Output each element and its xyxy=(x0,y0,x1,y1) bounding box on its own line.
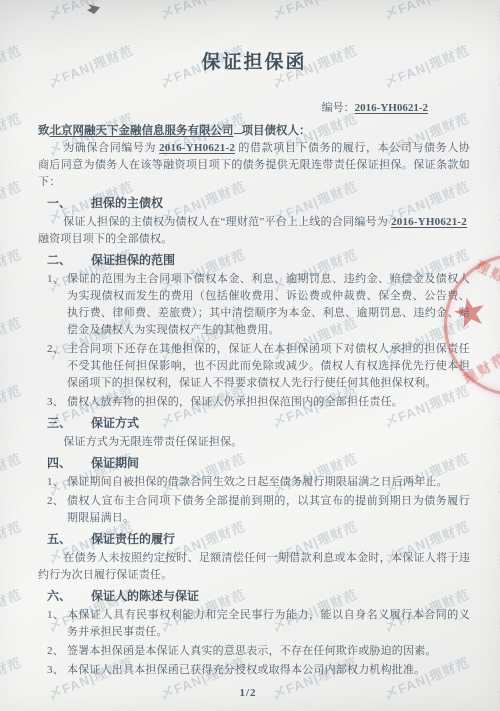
clause-text: 债权人放弃物的担保的，保证人仍承担担保范围内的全部担任责任。 xyxy=(67,394,470,411)
clause-number: 2、 xyxy=(47,341,67,392)
clause-text: 保证期间自被担保的借款合同生效之日起至债务履行期限届满之日后两年止。 xyxy=(67,474,470,491)
section-3-heading: 三、保证方式 xyxy=(38,416,470,431)
recipient-line: 致北京网融天下金融信息服务有限公司项目债权人： xyxy=(38,122,470,140)
clause-item: 3、 债权人放弃物的担保的，保证人仍承担担保范围内的全部担任责任。 xyxy=(38,394,470,411)
section-6-number: 六、 xyxy=(47,589,71,604)
section-1-title: 担保的主债权 xyxy=(91,196,163,210)
recipient-company: 北京网融天下金融信息服务有限公司 xyxy=(50,125,234,137)
number-value: 2016-YH0621-2 xyxy=(355,102,428,114)
section-1-number: 一、 xyxy=(47,196,71,211)
contract-number-inline: 2016-YH0621-2 xyxy=(159,142,235,154)
section-1-heading: 一、担保的主债权 xyxy=(38,196,470,211)
section-5-paragraph: 在债务人未按照约定按时、足额清偿任何一期借款利息或本金时，本保证人将于违约行为次… xyxy=(38,550,470,584)
section-1: 一、担保的主债权 保证人担保的主债权为债权人在“理财范”平台上上线的合同编号为2… xyxy=(38,196,470,248)
section-5: 五、保证责任的履行 在债务人未按照约定按时、足额清偿任何一期借款利息或本金时，本… xyxy=(38,532,470,584)
clause-text: 债权人宣布主合同项下债务全部提前到期的，以其宣布的提前到期日为债务履行期限届满日… xyxy=(67,493,470,527)
section-4-title: 保证期间 xyxy=(91,456,139,470)
recipient-suffix: 项目债权人： xyxy=(242,125,311,137)
clause-item: 1、 保证的范围为主合同项下债权本金、利息、逾期罚息、违约金、赔偿金及债权人为实… xyxy=(38,271,470,339)
section-1-text-after: 融资项目项下的全部债权。 xyxy=(38,233,172,245)
section-3-number: 三、 xyxy=(47,416,71,431)
section-4-number: 四、 xyxy=(47,456,71,471)
document-title: 保证担保函 xyxy=(38,50,470,76)
clause-item: 3、 本保证人出具本担保函已获得充分授权或取得本公司内部权力机构批准。 xyxy=(38,662,470,679)
clause-item: 2、 主合同项下还存在其他担保的，保证人在本担保函项下对债权人承担的担保责任不受… xyxy=(38,341,470,392)
intro-text-before: 为确保合同编号为 xyxy=(63,142,156,154)
clause-number: 3、 xyxy=(47,662,67,679)
clause-item: 1、 保证期间自被担保的借款合同生效之日起至债务履行期限届满之日后两年止。 xyxy=(38,474,470,491)
section-2-heading: 二、保证担保的范围 xyxy=(38,253,470,268)
section-3-paragraph: 保证方式为无限连带责任保证担保。 xyxy=(38,434,470,451)
clause-text: 保证的范围为主合同项下债权本金、利息、逾期罚息、违约金、赔偿金及债权人为实现债权… xyxy=(67,271,470,339)
section-3: 三、保证方式 保证方式为无限连带责任保证担保。 xyxy=(38,416,470,451)
clause-item: 1、 本保证人具有民事权利能力和完全民事行为能力，能以自身名义履行本合同的义务并… xyxy=(38,607,470,641)
contract-number-inline: 2016-YH0621-2 xyxy=(391,216,467,228)
clause-item: 2、 签署本担保函是本保证人真实的意思表示，不存在任何欺诈或胁迫的因素。 xyxy=(38,643,470,660)
section-6-heading: 六、保证人的陈述与保证 xyxy=(38,589,470,604)
section-3-title: 保证方式 xyxy=(91,416,139,430)
document-content: 保证担保函 编号：2016-YH0621-2 致北京网融天下金融信息服务有限公司… xyxy=(0,0,500,699)
page-number: 1/2 xyxy=(38,687,470,699)
section-2-number: 二、 xyxy=(47,253,71,268)
section-2-title: 保证担保的范围 xyxy=(91,253,175,267)
section-1-text-before: 保证人担保的主债权为债权人在“理财范”平台上上线的合同编号为 xyxy=(63,216,388,228)
underline-blank xyxy=(234,122,242,134)
section-5-number: 五、 xyxy=(47,532,71,547)
clause-number: 2、 xyxy=(47,493,67,527)
section-1-paragraph: 保证人担保的主债权为债权人在“理财范”平台上上线的合同编号为2016-YH062… xyxy=(38,214,470,248)
clause-number: 2、 xyxy=(47,643,67,660)
document-page: 乄FAN|理财范乄FAN|理财范乄FAN|理财范乄FAN|理财范乄FAN|理财范… xyxy=(0,0,500,711)
document-number-line: 编号：2016-YH0621-2 xyxy=(38,100,470,116)
number-label: 编号： xyxy=(322,102,355,114)
intro-paragraph: 为确保合同编号为2016-YH0621-2的借款项目下债务的履行，本公司与债务人… xyxy=(38,140,470,191)
section-6-title: 保证人的陈述与保证 xyxy=(91,589,199,603)
section-4-heading: 四、保证期间 xyxy=(38,456,470,471)
section-4: 四、保证期间 1、 保证期间自被担保的借款合同生效之日起至债务履行期限届满之日后… xyxy=(38,456,470,527)
clause-text: 本保证人具有民事权利能力和完全民事行为能力，能以自身名义履行本合同的义务并承担民… xyxy=(67,607,470,641)
section-6: 六、保证人的陈述与保证 1、 本保证人具有民事权利能力和完全民事行为能力，能以自… xyxy=(38,589,470,679)
clause-number: 1、 xyxy=(47,474,67,491)
section-5-title: 保证责任的履行 xyxy=(91,532,175,546)
clause-item: 2、 债权人宣布主合同项下债务全部提前到期的，以其宣布的提前到期日为债务履行期限… xyxy=(38,493,470,527)
clause-number: 1、 xyxy=(47,271,67,339)
clause-text: 主合同项下还存在其他担保的，保证人在本担保函项下对债权人承担的担保责任不受其他任… xyxy=(67,341,470,392)
clause-number: 3、 xyxy=(47,394,67,411)
clause-number: 1、 xyxy=(47,607,67,641)
clause-text: 本保证人出具本担保函已获得充分授权或取得本公司内部权力机构批准。 xyxy=(67,662,470,679)
section-5-heading: 五、保证责任的履行 xyxy=(38,532,470,547)
section-2: 二、保证担保的范围 1、 保证的范围为主合同项下债权本金、利息、逾期罚息、违约金… xyxy=(38,253,470,411)
clause-text: 签署本担保函是本保证人真实的意思表示，不存在任何欺诈或胁迫的因素。 xyxy=(67,643,470,660)
recipient-prefix: 致 xyxy=(38,125,50,137)
